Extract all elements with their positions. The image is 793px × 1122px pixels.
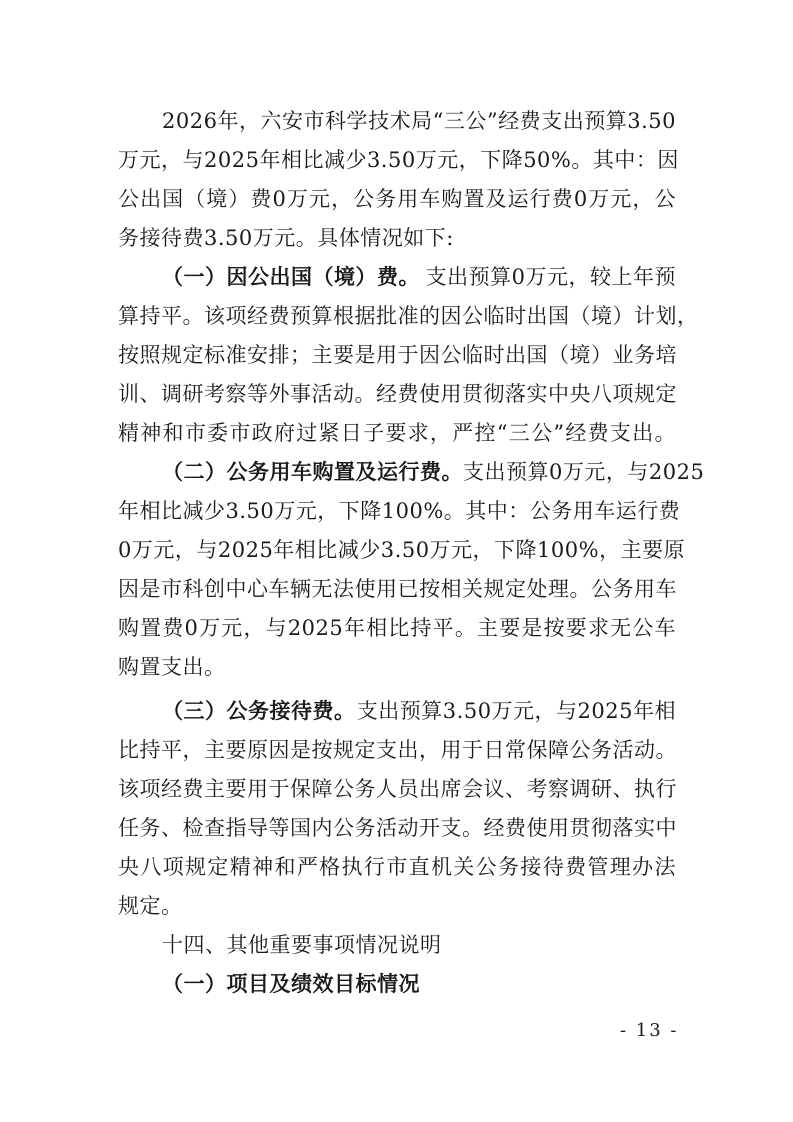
paragraph-1-line-2: 万元，与2025年相比减少3.50万元，下降50%。其中：因 — [118, 141, 676, 180]
paragraph-2-line-3: 按照规定标准安排；主要是用于因公临时出国（境）业务培 — [118, 336, 676, 375]
paragraph-2-line-1: （一）因公出国（境）费。 支出预算0万元，较上年预 — [162, 258, 676, 297]
page-number: - 13 - — [620, 1020, 679, 1041]
paragraph-3-line-2: 年相比减少3.50万元，下降100%。其中：公务用车运行费 — [118, 492, 676, 531]
paragraph-4-line-5: 央八项规定精神和严格执行市直机关公务接待费管理办法 — [118, 848, 676, 887]
paragraph-3-line-3: 0万元，与2025年相比减少3.50万元，下降100%，主要原 — [118, 531, 676, 570]
paragraph-2-line-4: 训、调研考察等外事活动。经费使用贯彻落实中央八项规定 — [118, 375, 676, 414]
subsection-heading: （一）项目及绩效目标情况 — [162, 965, 676, 1004]
paragraph-2-line-5: 精神和市委市政府过紧日子要求，严控“三公”经费支出。 — [118, 414, 676, 453]
paragraph-4-lead-text: 支出预算3.50万元，与2025年相 — [357, 692, 676, 731]
paragraph-4-line-3: 该项经费主要用于保障公务人员出席会议、考察调研、执行 — [118, 770, 676, 809]
paragraph-3-bold-lead: （二）公务用车购置及运行费。 — [162, 453, 463, 492]
paragraph-2-lead-text: 支出预算0万元，较上年预 — [426, 258, 676, 297]
paragraph-4-line-6: 规定。 — [118, 887, 676, 926]
paragraph-3-line-4: 因是市科创中心车辆无法使用已按相关规定处理。公务用车 — [118, 570, 676, 609]
document-page: 2026年，六安市科学技术局“三公”经费支出预算3.50 万元，与2025年相比… — [0, 0, 793, 1122]
paragraph-2-bold-lead: （一）因公出国（境）费。 — [162, 258, 420, 297]
paragraph-4-line-4: 任务、检查指导等国内公务活动开支。经费使用贯彻落实中 — [118, 809, 676, 848]
paragraph-2-line-2: 算持平。该项经费预算根据批准的因公临时出国（境）计划， — [118, 297, 676, 336]
paragraph-1-line-4: 务接待费3.50万元。具体情况如下: — [118, 219, 676, 258]
paragraph-3-lead-text: 支出预算0万元，与2025 — [463, 453, 704, 492]
paragraph-1-line-3: 公出国（境）费0万元，公务用车购置及运行费0万元，公 — [118, 180, 676, 219]
paragraph-1-line-1: 2026年，六安市科学技术局“三公”经费支出预算3.50 — [162, 102, 676, 141]
section-heading: 十四、其他重要事项情况说明 — [162, 926, 676, 965]
paragraph-3-line-5: 购置费0万元，与2025年相比持平。主要是按要求无公车 — [118, 609, 676, 648]
paragraph-3-line-6: 购置支出。 — [118, 648, 676, 687]
paragraph-4-line-2: 比持平，主要原因是按规定支出，用于日常保障公务活动。 — [118, 731, 676, 770]
paragraph-4-line-1: （三）公务接待费。 支出预算3.50万元，与2025年相 — [162, 692, 676, 731]
paragraph-3-line-1: （二）公务用车购置及运行费。 支出预算0万元，与2025 — [162, 453, 676, 492]
paragraph-4-bold-lead: （三）公务接待费。 — [162, 692, 356, 731]
